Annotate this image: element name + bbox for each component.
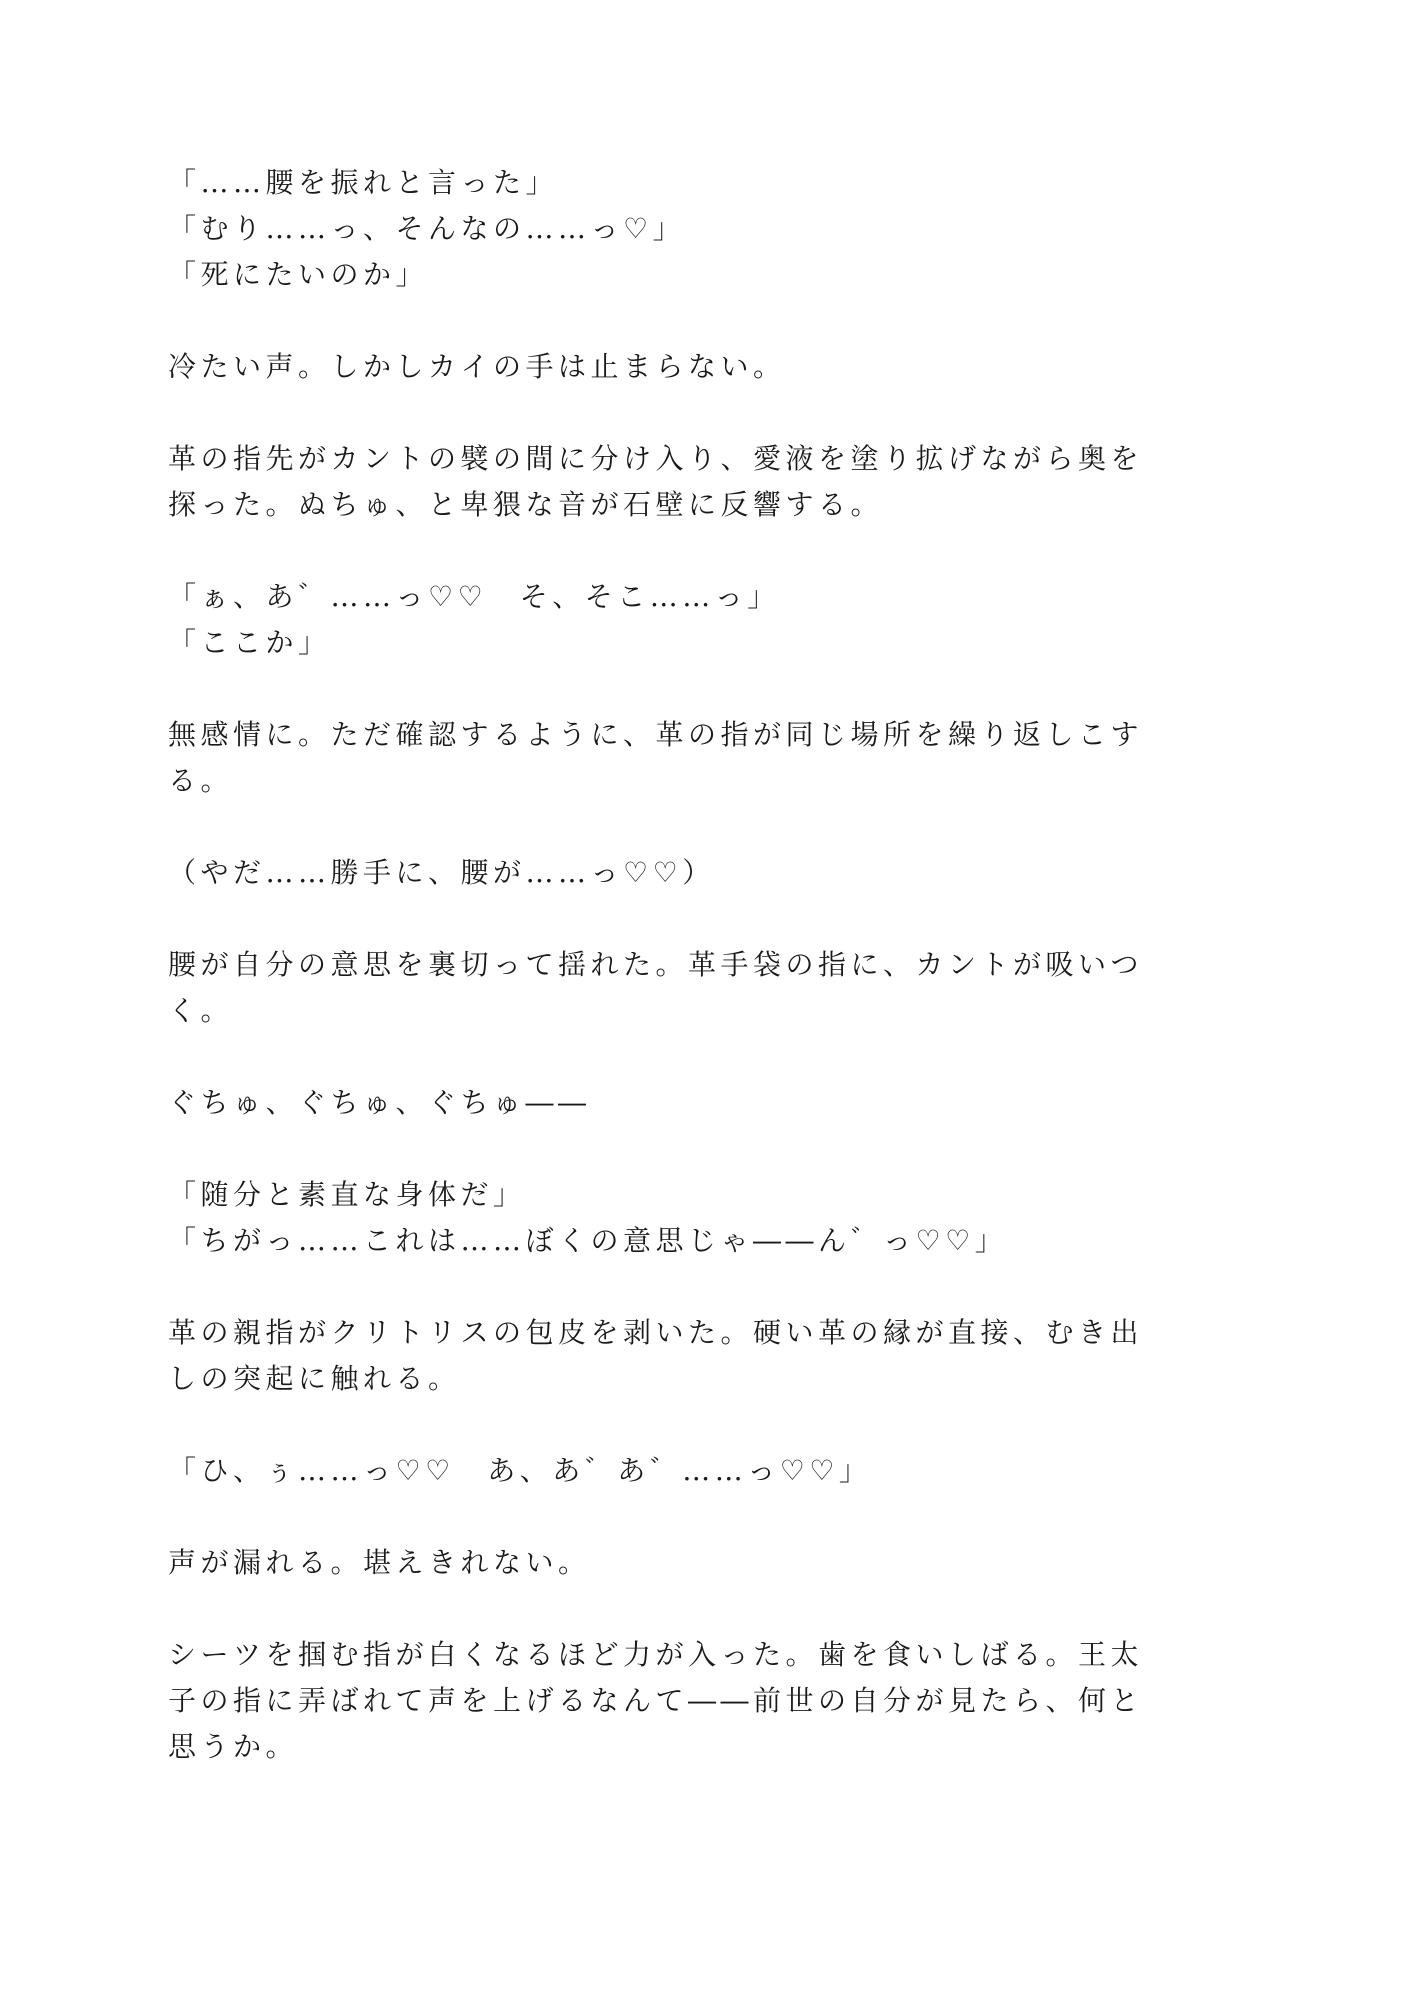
paragraph-block: 冷たい声。しかしカイの手は止まらない。 xyxy=(168,344,1275,390)
text-line: 「むり……っ、そんなの……っ♡」 xyxy=(168,206,1275,252)
paragraph-block: 「ひ、ぅ……っ♡♡ あ、あ゛あ゛……っ♡♡」 xyxy=(168,1448,1275,1494)
paragraph-block: 革の指先がカントの襞の間に分け入り、愛液を塗り拡げながら奥を探った。ぬちゅ、と卑… xyxy=(168,436,1275,528)
paragraph-block: 「随分と素直な身体だ」「ちがっ……これは……ぼくの意思じゃ――ん゛っ♡♡」 xyxy=(168,1172,1275,1264)
text-line: 「ぁ、あ゛……っ♡♡ そ、そこ……っ」 xyxy=(168,574,1275,620)
text-line: しの突起に触れる。 xyxy=(168,1356,1275,1402)
paragraph-block: 革の親指がクリトリスの包皮を剥いた。硬い革の縁が直接、むき出しの突起に触れる。 xyxy=(168,1310,1275,1402)
paragraph-block: ぐちゅ、ぐちゅ、ぐちゅ―― xyxy=(168,1080,1275,1126)
text-line: 探った。ぬちゅ、と卑猥な音が石壁に反響する。 xyxy=(168,482,1275,528)
text-line: 思うか。 xyxy=(168,1724,1275,1770)
text-line: 腰が自分の意思を裏切って揺れた。革手袋の指に、カントが吸いつ xyxy=(168,942,1275,988)
text-line: 「ちがっ……これは……ぼくの意思じゃ――ん゛っ♡♡」 xyxy=(168,1218,1275,1264)
text-line: ぐちゅ、ぐちゅ、ぐちゅ―― xyxy=(168,1080,1275,1126)
paragraph-block: （やだ……勝手に、腰が……っ♡♡） xyxy=(168,850,1275,896)
text-line: 冷たい声。しかしカイの手は止まらない。 xyxy=(168,344,1275,390)
text-line: 「ひ、ぅ……っ♡♡ あ、あ゛あ゛……っ♡♡」 xyxy=(168,1448,1275,1494)
paragraph-block: 声が漏れる。堪えきれない。 xyxy=(168,1540,1275,1586)
text-line: 声が漏れる。堪えきれない。 xyxy=(168,1540,1275,1586)
text-line: る。 xyxy=(168,758,1275,804)
text-line: シーツを掴む指が白くなるほど力が入った。歯を食いしばる。王太 xyxy=(168,1632,1275,1678)
text-line: 子の指に弄ばれて声を上げるなんて――前世の自分が見たら、何と xyxy=(168,1678,1275,1724)
text-line: 革の指先がカントの襞の間に分け入り、愛液を塗り拡げながら奥を xyxy=(168,436,1275,482)
text-line: 「死にたいのか」 xyxy=(168,252,1275,298)
text-line: 無感情に。ただ確認するように、革の指が同じ場所を繰り返しこす xyxy=(168,712,1275,758)
paragraph-block: 「ぁ、あ゛……っ♡♡ そ、そこ……っ」「ここか」 xyxy=(168,574,1275,666)
paragraph-block: シーツを掴む指が白くなるほど力が入った。歯を食いしばる。王太子の指に弄ばれて声を… xyxy=(168,1632,1275,1770)
text-line: 「……腰を振れと言った」 xyxy=(168,160,1275,206)
text-line: 革の親指がクリトリスの包皮を剥いた。硬い革の縁が直接、むき出 xyxy=(168,1310,1275,1356)
text-line: 「随分と素直な身体だ」 xyxy=(168,1172,1275,1218)
text-line: 「ここか」 xyxy=(168,620,1275,666)
text-line: （やだ……勝手に、腰が……っ♡♡） xyxy=(168,850,1275,896)
document-page: 「……腰を振れと言った」「むり……っ、そんなの……っ♡」「死にたいのか」冷たい声… xyxy=(0,0,1415,2000)
paragraph-block: 腰が自分の意思を裏切って揺れた。革手袋の指に、カントが吸いつく。 xyxy=(168,942,1275,1034)
paragraph-block: 「……腰を振れと言った」「むり……っ、そんなの……っ♡」「死にたいのか」 xyxy=(168,160,1275,298)
text-line: く。 xyxy=(168,988,1275,1034)
paragraph-block: 無感情に。ただ確認するように、革の指が同じ場所を繰り返しこする。 xyxy=(168,712,1275,804)
